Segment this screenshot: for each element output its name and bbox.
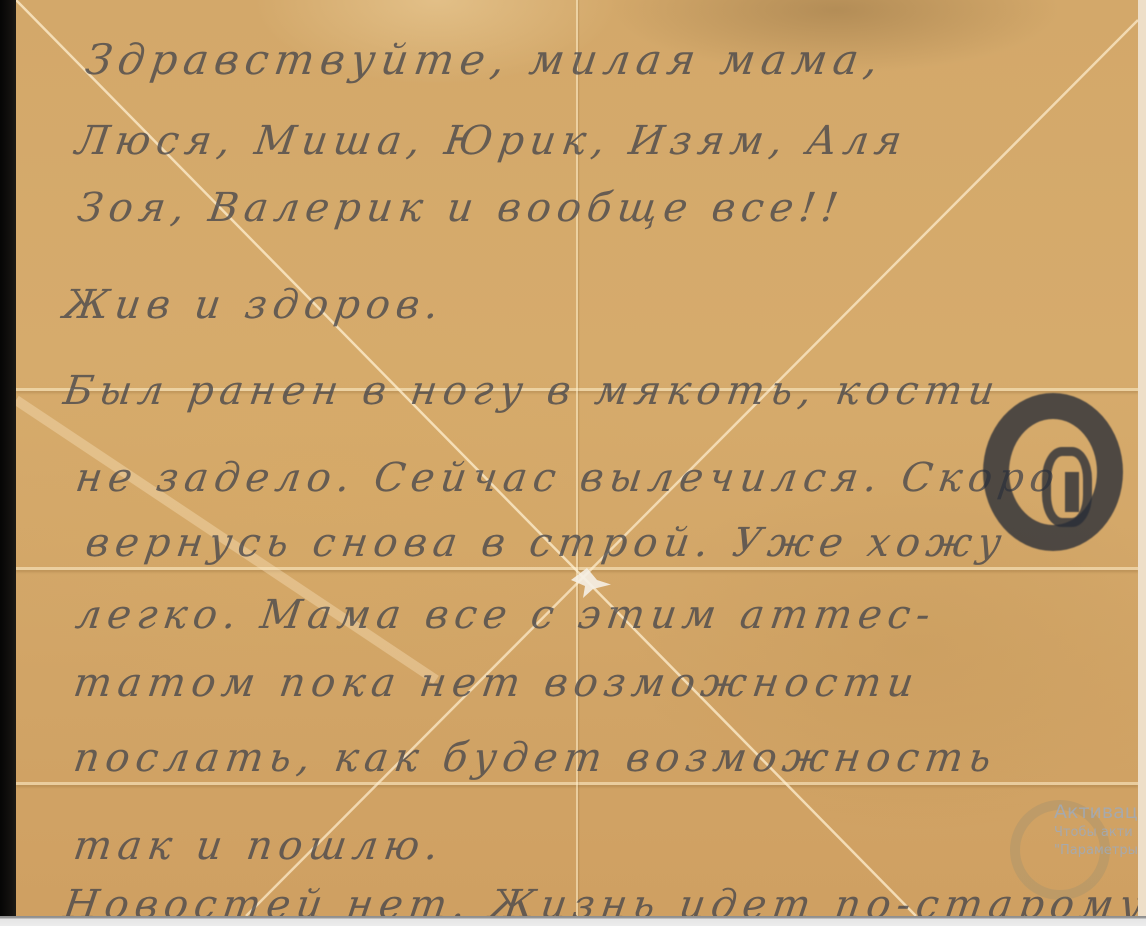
letter-line: Был ранен в ногу в мякоть, кости [61,368,1004,414]
letter-line: Здравствуйте, милая мама, [83,35,888,84]
scan-left-border [0,0,16,918]
censor-stamp [983,393,1123,551]
watermark-line: "Параметры [1054,842,1138,860]
windows-activation-watermark: Активац Чтобы акти "Параметры [1054,800,1138,860]
letter-line: татом пока нет возможности [71,660,923,706]
watermark-line: Чтобы акти [1054,824,1138,842]
letter-line: Зоя, Валерик и вообще все!! [75,185,847,231]
watermark-title: Активац [1054,800,1138,824]
stamp-core [1065,472,1079,512]
letter-line: Жив и здоров. [61,282,448,328]
scan-right-border [1138,0,1146,916]
letter-line: Новостей нет. Жизнь идет по-старому [61,882,1138,916]
letter-line: легко. Мама все с этим аттес- [73,592,939,638]
letter-line: послать, как будет возможность [71,735,1000,781]
letter-line: так и пошлю. [71,823,447,869]
letter-paper: Здравствуйте, милая мама, Люся, Миша, Юр… [16,0,1138,916]
window-bottom-edge [0,916,1146,926]
letter-line: Люся, Миша, Юрик, Изям, Аля [73,118,911,164]
stamp-inner-ring [1042,447,1092,527]
letter-line: вернусь снова в строй. Уже хожу [83,520,1010,566]
letter-line: не задело. Сейчас вылечился. Скоро [73,455,1063,501]
